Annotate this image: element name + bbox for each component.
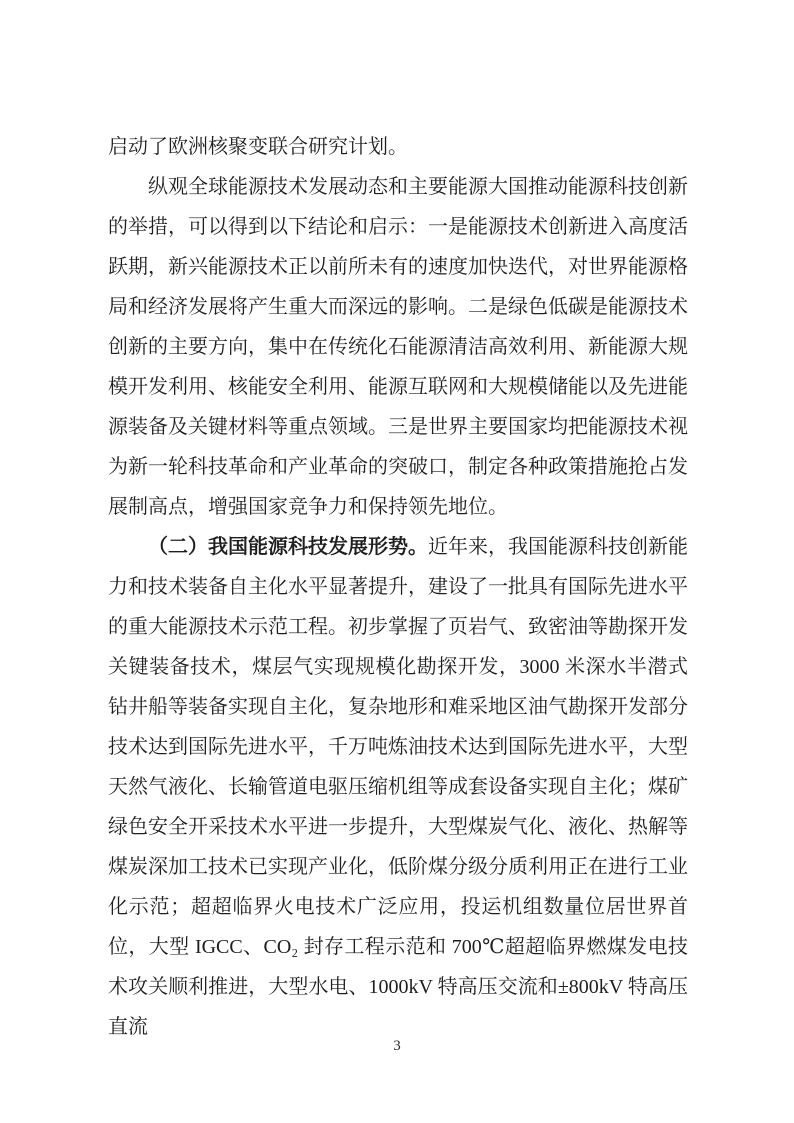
paragraph-3: （二）我国能源科技发展形势。近年来，我国能源科技创新能力和技术装备自主化水平显著… — [108, 527, 688, 1047]
text-segment: 启动了欧洲核聚变联合研究计划。 — [108, 136, 408, 158]
text-segment: 纵观全球能源技术发展动态和主要能源大国推动能源科技创新的举措，可以得到以下结论和… — [108, 176, 688, 518]
document-page: 启动了欧洲核聚变联合研究计划。纵观全球能源技术发展动态和主要能源大国推动能源科技… — [0, 0, 794, 1123]
paragraph-1: 启动了欧洲核聚变联合研究计划。 — [108, 127, 688, 167]
section-heading-segment: （二）我国能源科技发展形势。 — [148, 536, 428, 558]
text-segment: 近年来，我国能源科技创新能力和技术装备自主化水平显著提升，建设了一批具有国际先进… — [108, 536, 688, 1038]
page-number: 3 — [0, 1036, 794, 1056]
document-body: 启动了欧洲核聚变联合研究计划。纵观全球能源技术发展动态和主要能源大国推动能源科技… — [108, 127, 688, 1047]
paragraph-2: 纵观全球能源技术发展动态和主要能源大国推动能源科技创新的举措，可以得到以下结论和… — [108, 167, 688, 527]
